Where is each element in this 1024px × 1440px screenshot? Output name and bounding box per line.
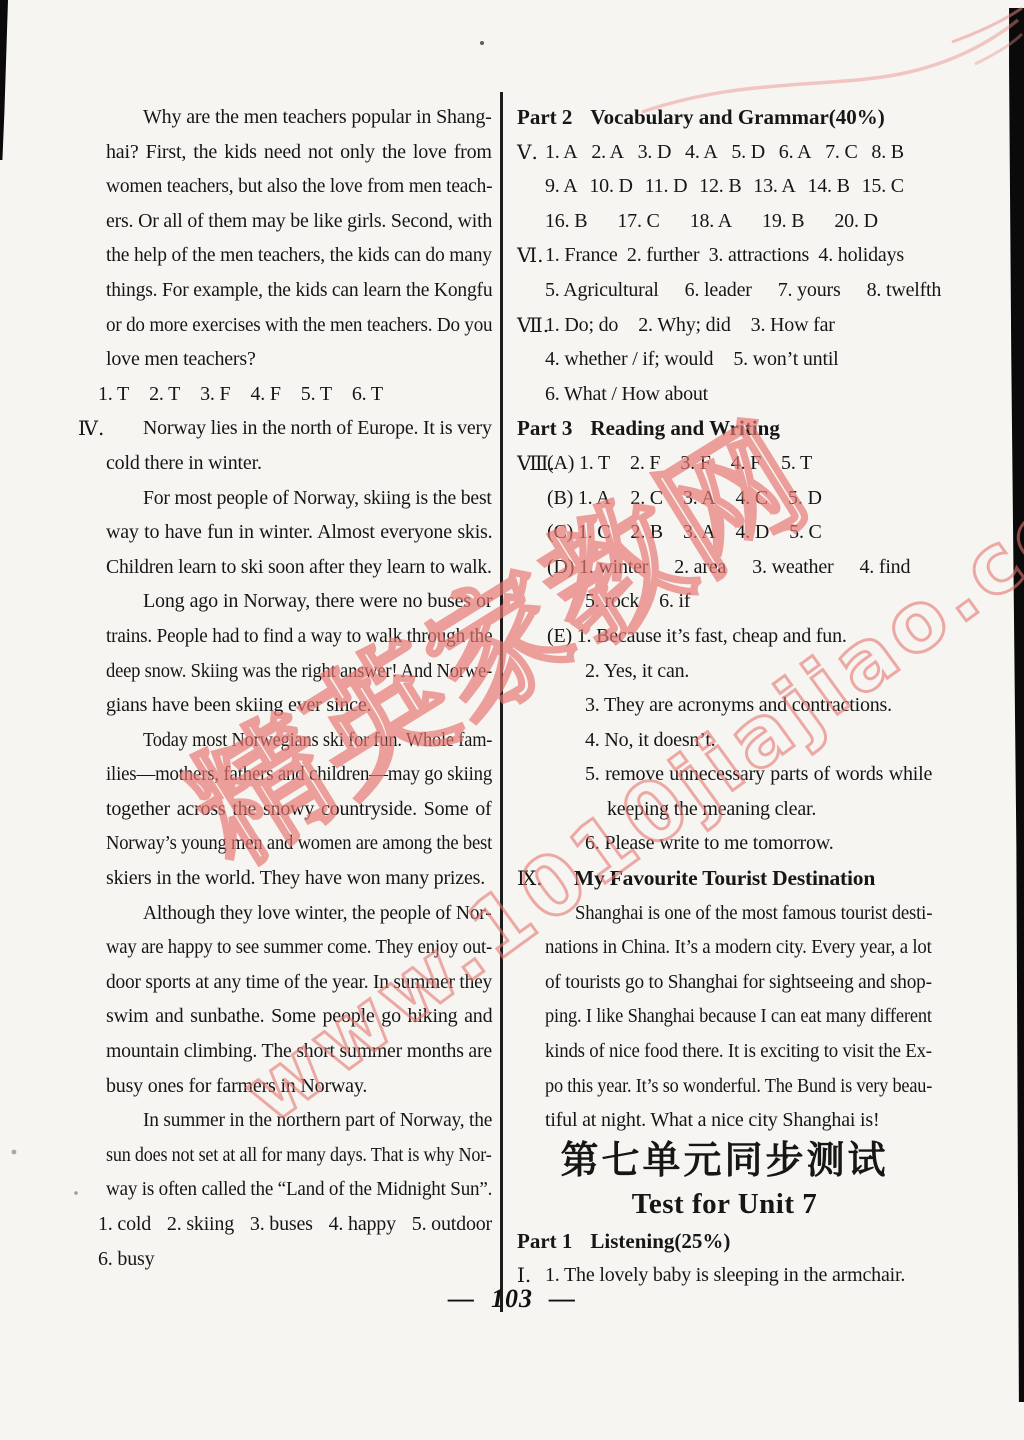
answer-item: 12. B [699, 169, 741, 204]
answer-item: 10. D [589, 169, 632, 204]
text-line: kinds of nice food there. It is exciting… [545, 1034, 932, 1069]
answer-item: (B) 1. A [547, 481, 610, 516]
answer-item: 4. find [859, 550, 910, 585]
text-line: Children learn to ski soon after they le… [106, 550, 492, 585]
answer-item: 3. buses [250, 1207, 313, 1242]
para-block: Although they love winter, the people of… [86, 896, 492, 1104]
para-block: Shanghai is one of the most famous touri… [517, 896, 932, 1138]
answer-item: (C) 1. C [547, 515, 610, 550]
text-line: things. For example, the kids can learn … [106, 273, 492, 308]
section-block: Ⅴ.1. A2. A3. D4. A5. D6. A7. C8. B9. A10… [517, 135, 932, 239]
answer-item: Part 1 [517, 1224, 572, 1259]
answer-item: 7. C [825, 135, 858, 170]
text-line: tiful at night. What a nice city Shangha… [545, 1103, 932, 1138]
answer-item: 6. A [779, 135, 812, 170]
text-line: My Favourite Tourist Destination [517, 861, 932, 896]
text-line: deep snow. Skiing was the right answer! … [106, 654, 492, 689]
answer-item: 1. cold [98, 1207, 151, 1242]
text-line: keeping the meaning clear. [607, 792, 932, 827]
para-block: Today most Norwegians ski for fun. Whole… [86, 723, 492, 896]
section-marker: Ⅷ. [517, 446, 555, 481]
answer-item: 6. T [352, 377, 383, 412]
text-line: 第七单元同步测试 [517, 1138, 932, 1184]
page-number-value: 103 [491, 1284, 533, 1313]
answer-item: 2. A [591, 135, 624, 170]
answer-item: 1. Do; do [545, 308, 618, 343]
text-line: (B) 1. A2. C3. A4. C5. D [547, 481, 932, 516]
answer-item: 17. C [617, 204, 659, 239]
answer-item: (A) 1. T [547, 446, 610, 481]
answers-block: 1. cold2. skiing3. buses4. happy5. outdo… [86, 1207, 492, 1276]
answer-item: Part 3 [517, 411, 572, 446]
answer-item: 4. D [736, 515, 770, 550]
text-line: (E) 1. Because it’s fast, cheap and fun. [547, 619, 932, 654]
answer-item: 1. France [545, 238, 618, 273]
answer-item: 5. D [731, 135, 765, 170]
answer-item: 4. holidays [818, 238, 904, 273]
text-line: Part 1Listening(25%) [517, 1224, 932, 1259]
answer-item: 18. A [690, 204, 732, 239]
page-number: —103— [0, 1284, 1024, 1314]
answer-item: 5. C [789, 515, 822, 550]
answer-item: Vocabulary and Grammar(40%) [590, 100, 884, 135]
text-line: 3. They are acronyms and contractions. [585, 688, 932, 723]
text-line: door sports at any time of the year. In … [106, 965, 492, 1000]
answer-item: 8. twelfth [867, 273, 942, 308]
text-line: 5. Agricultural6. leader7. yours8. twelf… [545, 273, 932, 308]
text-line: 6. What / How about [545, 377, 932, 412]
text-line: or do more exercises with the men teache… [106, 308, 492, 343]
text-line: together across the snowy countryside. S… [106, 792, 492, 827]
answer-item: Part 2 [517, 100, 572, 135]
text-line: the help of the men teachers, the kids c… [106, 238, 492, 273]
en-title-block: Test for Unit 7 [517, 1184, 932, 1224]
answers-block: 1. T2. T3. F4. F5. T6. T [86, 377, 492, 412]
answer-item: 2. area [674, 550, 726, 585]
para-block: Long ago in Norway, there were no buses … [86, 584, 492, 722]
text-line: In summer in the northern part of Norway… [106, 1103, 492, 1138]
answer-item: 3. weather [752, 550, 833, 585]
section-block: Ⅷ.(A) 1. T2. F3. F4. F5. T(B) 1. A2. C3.… [517, 446, 932, 861]
answer-item: 1. T [98, 377, 129, 412]
answer-item: 13. A [753, 169, 795, 204]
text-line: (D) 1. winter2. area3. weather4. find [547, 550, 932, 585]
answer-item: 8. B [871, 135, 904, 170]
answer-item: 20. D [834, 204, 877, 239]
answer-item: 15. C [862, 169, 904, 204]
answer-item: 6. if [659, 584, 690, 619]
cn-title-block: 第七单元同步测试 [517, 1138, 932, 1184]
scan-edge-left [0, 0, 8, 160]
answer-item: 4. F [250, 377, 280, 412]
text-line: 9. A10. D11. D12. B13. A14. B15. C [545, 169, 904, 204]
text-line: Long ago in Norway, there were no buses … [106, 584, 492, 619]
text-line: Why are the men teachers popular in Shan… [106, 100, 492, 135]
section-marker: Ⅶ. [517, 308, 549, 343]
text-line: of tourists go to Shanghai for sightseei… [545, 965, 932, 1000]
answer-item: 4. A [685, 135, 718, 170]
answer-item: 2. B [630, 515, 663, 550]
section-marker: Ⅴ. [517, 135, 538, 170]
answer-item: 5. won’t until [733, 342, 838, 377]
answer-item: 6. leader [685, 273, 752, 308]
text-line: love men teachers? [106, 342, 492, 377]
answer-item: 3. A [683, 481, 716, 516]
para-block: In summer in the northern part of Norway… [86, 1103, 492, 1207]
text-line: sun does not set at all for many days. T… [106, 1138, 492, 1173]
text-line: 6. busy [98, 1242, 492, 1277]
text-line: women teachers, but also the love from m… [106, 169, 492, 204]
part-header-block: Part 1Listening(25%) [517, 1224, 932, 1259]
text-line: Norway’s young men and women are among t… [106, 826, 492, 861]
text-line: 1. Do; do2. Why; did3. How far [545, 308, 932, 343]
text-line: 16. B17. C18. A19. B20. D [545, 204, 932, 239]
text-line: For most people of Norway, skiing is the… [106, 481, 492, 516]
answer-item: 5. T [301, 377, 332, 412]
text-line: cold there in winter. [106, 446, 492, 481]
answer-item: 7. yours [778, 273, 841, 308]
answer-item: 2. Why; did [638, 308, 730, 343]
text-line: 1. cold2. skiing3. buses4. happy5. outdo… [98, 1207, 492, 1242]
text-line: busy ones for farmers in Norway. [106, 1069, 492, 1104]
answer-item: Listening(25%) [590, 1224, 730, 1259]
answer-item: 3. D [638, 135, 672, 170]
text-line: Part 3Reading and Writing [517, 411, 932, 446]
answer-item: 3. How far [751, 308, 835, 343]
section-marker: Ⅸ. [517, 861, 543, 896]
text-line: Shanghai is one of the most famous touri… [545, 896, 932, 931]
answer-item: 5. outdoor [412, 1207, 492, 1242]
answer-item: 9. A [545, 169, 578, 204]
text-line: (A) 1. T2. F3. F4. F5. T [547, 446, 932, 481]
answer-item: 2. skiing [167, 1207, 234, 1242]
text-line: 1. France2. further3. attractions4. holi… [545, 238, 904, 273]
scan-edge-right [1007, 8, 1024, 1402]
answer-item: 3. A [683, 515, 716, 550]
answer-item: 2. F [630, 446, 660, 481]
para-block: Why are the men teachers popular in Shan… [86, 100, 492, 377]
answer-item: 3. attractions [709, 238, 810, 273]
text-line: 1. A2. A3. D4. A5. D6. A7. C8. B [545, 135, 904, 170]
answer-item: 4. happy [329, 1207, 396, 1242]
text-line: way is often called the “Land of the Mid… [106, 1172, 492, 1207]
section-block: Ⅳ.Norway lies in the north of Europe. It… [86, 411, 492, 480]
answer-item: 5. Agricultural [545, 273, 659, 308]
answer-item: 4. whether / if; would [545, 342, 713, 377]
section-marker: Ⅵ. [517, 238, 543, 273]
answer-item: 3. F [680, 446, 710, 481]
para-block: For most people of Norway, skiing is the… [86, 481, 492, 585]
answer-item: 14. B [807, 169, 849, 204]
left-column: Why are the men teachers popular in Shan… [86, 100, 492, 1276]
text-line: 5. remove unnecessary parts of words whi… [585, 757, 932, 792]
answer-item: (D) 1. winter [547, 550, 648, 585]
text-line: 5. rock6. if [585, 584, 932, 619]
page-number-dash: — [448, 1284, 475, 1313]
answer-item: 5. T [781, 446, 812, 481]
text-line: skiers in the world. They have won many … [106, 861, 492, 896]
section-marker: Ⅳ. [78, 411, 104, 446]
answer-item: 2. further [627, 238, 699, 273]
text-line: ilies—mothers, fathers and children—may … [106, 757, 492, 792]
right-column: Part 2Vocabulary and Grammar(40%)Ⅴ.1. A2… [517, 100, 932, 1293]
section-block: Ⅸ.My Favourite Tourist Destination [517, 861, 932, 896]
page-number-dash: — [549, 1284, 576, 1313]
text-line: Test for Unit 7 [517, 1184, 932, 1224]
text-line: ping. I like Shanghai because I can eat … [545, 999, 932, 1034]
answer-item: 4. F [731, 446, 761, 481]
answer-item: 19. B [762, 204, 804, 239]
text-line: Today most Norwegians ski for fun. Whole… [106, 723, 492, 758]
answer-item: 1. A [545, 135, 578, 170]
answer-item: 5. rock [585, 584, 639, 619]
text-line: Part 2Vocabulary and Grammar(40%) [517, 100, 932, 135]
answer-item: 4. C [736, 481, 769, 516]
text-line: way are happy to see summer come. They e… [106, 930, 492, 965]
part-header-block: Part 2Vocabulary and Grammar(40%) [517, 100, 932, 135]
text-line: 6. Please write to me tomorrow. [585, 826, 932, 861]
text-line: 2. Yes, it can. [585, 654, 932, 689]
text-line: swim and sunbathe. Some people go hiking… [106, 999, 492, 1034]
answer-item: 11. D [645, 169, 688, 204]
part-header-block: Part 3Reading and Writing [517, 411, 932, 446]
text-line: Although they love winter, the people of… [106, 896, 492, 931]
answer-item: 2. C [630, 481, 663, 516]
text-line: ers. Or all of them may be like girls. S… [106, 204, 492, 239]
answer-item: 2. T [149, 377, 180, 412]
text-line: nations in China. It’s a modern city. Ev… [545, 930, 932, 965]
answer-item: Reading and Writing [590, 411, 779, 446]
text-line: (C) 1. C2. B3. A4. D5. C [547, 515, 932, 550]
text-line: gians have been skiing ever since. [106, 688, 492, 723]
text-line: Norway lies in the north of Europe. It i… [106, 411, 492, 446]
text-line: hai? First, the kids need not only the l… [106, 135, 492, 170]
text-line: trains. People had to find a way to walk… [106, 619, 492, 654]
answer-item: 3. F [200, 377, 230, 412]
scanned-answer-page: Why are the men teachers popular in Shan… [0, 0, 1024, 1440]
text-line: mountain climbing. The short summer mont… [106, 1034, 492, 1069]
section-block: Ⅵ.1. France2. further3. attractions4. ho… [517, 238, 932, 307]
text-line: 4. whether / if; would5. won’t until [545, 342, 932, 377]
answer-item: 16. B [545, 204, 587, 239]
section-block: Ⅶ.1. Do; do2. Why; did3. How far4. wheth… [517, 308, 932, 412]
text-line: po this year. It’s so wonderful. The Bun… [545, 1069, 932, 1104]
answer-item: 5. D [788, 481, 822, 516]
text-line: 4. No, it doesn’t. [585, 723, 932, 758]
text-line: way to have fun in winter. Almost everyo… [106, 515, 492, 550]
text-line: 1. T2. T3. F4. F5. T6. T [98, 377, 492, 412]
